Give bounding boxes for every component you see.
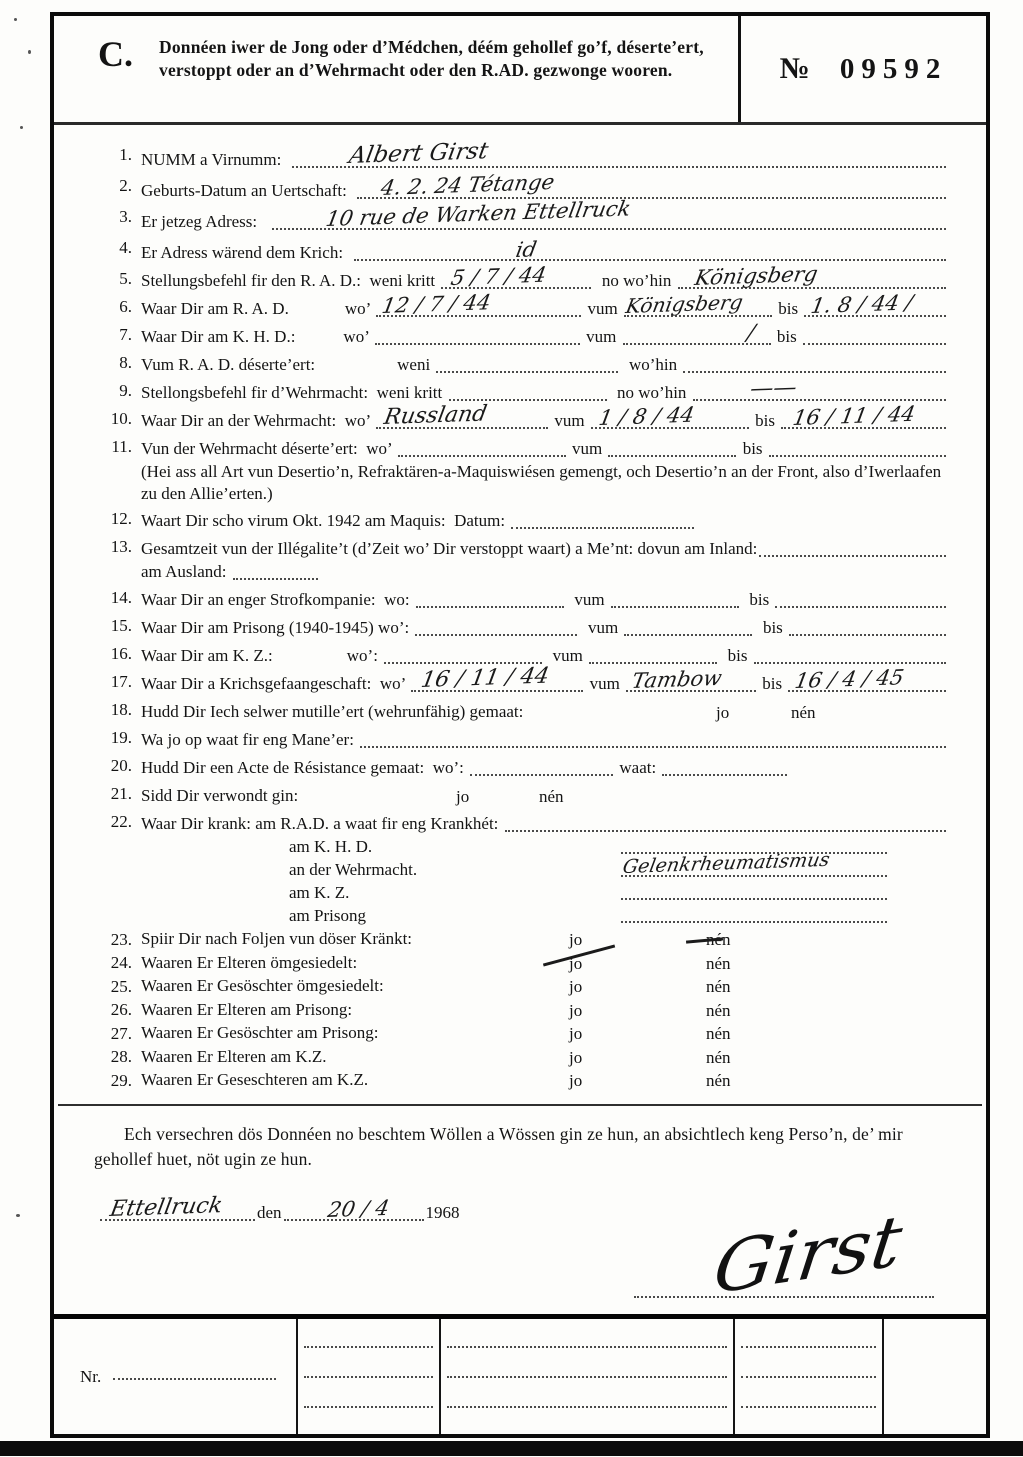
handwritten-entry: Albert Girst bbox=[347, 138, 490, 169]
printed-label: am K. H. D. bbox=[289, 836, 372, 859]
dotted-field[interactable] bbox=[416, 591, 564, 608]
form-item: 27.Waaren Er Gesöschter am Prisong:jonén bbox=[88, 1022, 948, 1046]
item-content: Stellungsbefehl fir den R. A. D.: weni k… bbox=[141, 265, 948, 293]
handwritten-date: 20 / 4 bbox=[326, 1196, 391, 1222]
nr-dotted-field[interactable] bbox=[113, 1377, 276, 1380]
item-content: Waar Dir am Prisong (1940-1945) wo’: vum… bbox=[141, 612, 948, 640]
item-content: Waar Dir am R. A. D.wo’ 12 / 7 / 44 vum … bbox=[141, 293, 948, 321]
printed-label: Sidd Dir verwondt gin: bbox=[141, 785, 298, 808]
printed-label: Vun der Wehrmacht déserte’ert: wo’ bbox=[141, 438, 396, 461]
item-note: (Hei ass all Art vun Desertio’n, Refrakt… bbox=[141, 461, 948, 505]
item-content: Waaren Er Elteren am Prisong:jonén bbox=[141, 998, 948, 1022]
dotted-field[interactable] bbox=[505, 815, 946, 832]
header-paragraph: Donnéen iwer de Jong oder d’Médchen, déé… bbox=[159, 36, 704, 122]
form-item: 15.Waar Dir am Prisong (1940-1945) wo’: … bbox=[88, 612, 948, 640]
dotted-field[interactable] bbox=[398, 440, 566, 457]
dotted-field[interactable]: —— bbox=[693, 384, 946, 401]
dotted-field[interactable]: Königsberg bbox=[624, 300, 772, 317]
dotted-field[interactable] bbox=[436, 356, 618, 373]
form-item: 7.Waar Dir am K. H. D.:wo’ vum / bis bbox=[88, 321, 948, 349]
printed-label: Stellungsbefehl fir den R. A. D.: weni k… bbox=[141, 270, 439, 293]
registry-nr-cell: Nr. bbox=[54, 1319, 298, 1434]
item-number: 12. bbox=[88, 505, 141, 533]
item-line: Waart Dir scho virum Okt. 1942 am Maquis… bbox=[141, 505, 948, 533]
printed-label: vum bbox=[585, 673, 624, 696]
printed-label: Waaren Er Gesöschter am Prisong: bbox=[141, 1022, 379, 1045]
printed-label: Er Adress wärend dem Krich: bbox=[141, 242, 352, 265]
form-item: 3.Er jetzeg Adress: 10 rue de Warken Ett… bbox=[88, 203, 948, 234]
form-item: 20.Hudd Dir een Acte de Résistance gemaa… bbox=[88, 752, 948, 780]
printed-label: bis bbox=[754, 617, 787, 640]
item-number: 22. bbox=[88, 808, 141, 928]
item-subline: an der Wehrmacht.Gelenkrheumatismus bbox=[141, 859, 948, 882]
dotted-field[interactable] bbox=[449, 384, 607, 401]
item-number: 15. bbox=[88, 612, 141, 640]
printed-label: no wo’hin bbox=[593, 270, 675, 293]
item-line: Waar Dir a Krichsgefaangeschaft: wo’ 16 … bbox=[141, 668, 948, 696]
dotted-field[interactable]: 1. 8 / 44 / bbox=[804, 300, 946, 317]
printed-label: bis bbox=[773, 326, 801, 349]
answer-jo[interactable]: jo bbox=[569, 1072, 582, 1089]
handwritten-strikethrough bbox=[686, 937, 723, 943]
item-content: Waar Dir am K. H. D.:wo’ vum / bis bbox=[141, 321, 948, 349]
form-item: 25.Waaren Er Gesöschter ömgesiedelt:joné… bbox=[88, 975, 948, 999]
item-line: Stellongsbefehl fir d’Wehrmacht: weni kr… bbox=[141, 377, 948, 405]
section-divider bbox=[58, 1104, 982, 1106]
item-content: NUMM a Virnumm: Albert Girst bbox=[141, 141, 948, 172]
dotted-field[interactable]: 5 / 7 / 44 bbox=[441, 272, 591, 289]
item-content: Stellongsbefehl fir d’Wehrmacht: weni kr… bbox=[141, 377, 948, 405]
printed-label: bis bbox=[738, 438, 766, 461]
handwritten-entry: 5 / 7 / 44 bbox=[449, 263, 548, 290]
form-item: 28.Waaren Er Elteren am K.Z.jonén bbox=[88, 1045, 948, 1069]
dotted-field[interactable] bbox=[683, 356, 946, 373]
printed-label: vum bbox=[566, 589, 609, 612]
printed-label: wo’ bbox=[345, 298, 374, 321]
item-number: 6. bbox=[88, 293, 141, 321]
item-content: Er Adress wärend dem Krich: id bbox=[141, 234, 948, 265]
dotted-field[interactable]: Tambow bbox=[626, 675, 756, 692]
printed-label: Waar Dir a Krichsgefaangeschaft: wo’ bbox=[141, 673, 409, 696]
answer-jo[interactable]: jo bbox=[456, 788, 469, 805]
item-number: 3. bbox=[88, 203, 141, 234]
answer-nen[interactable]: nén bbox=[706, 955, 731, 972]
dotted-field[interactable] bbox=[754, 647, 946, 664]
printed-label: wo’ bbox=[343, 326, 372, 349]
item-content: Waar Dir an enger Strofkompanie: wo: vum… bbox=[141, 584, 948, 612]
item-line: Wa jo op waat fir eng Mane’er: bbox=[141, 724, 948, 752]
dotted-field[interactable] bbox=[741, 1375, 876, 1378]
answer-nen[interactable]: nén bbox=[706, 1025, 731, 1042]
dotted-field[interactable] bbox=[447, 1345, 727, 1348]
printed-label: vum bbox=[579, 617, 622, 640]
item-number: 13. bbox=[88, 533, 141, 584]
printed-label: vum bbox=[568, 438, 607, 461]
item-number: 20. bbox=[88, 752, 141, 780]
item-content: Waaren Er Geseschteren am K.Z.jonén bbox=[141, 1069, 948, 1093]
item-line: Waaren Er Elteren ömgesiedelt:jonén bbox=[141, 951, 948, 975]
dotted-field[interactable] bbox=[233, 563, 318, 580]
answer-nen[interactable]: nén bbox=[706, 1072, 731, 1089]
form-item: 5.Stellungsbefehl fir den R. A. D.: weni… bbox=[88, 265, 948, 293]
item-content: Hudd Dir een Acte de Résistance gemaat: … bbox=[141, 752, 948, 780]
answer-jo[interactable]: jo bbox=[569, 931, 582, 948]
dotted-field[interactable] bbox=[589, 647, 717, 664]
item-number: 9. bbox=[88, 377, 141, 405]
item-line: Waaren Er Gesöschter ömgesiedelt:jonén bbox=[141, 975, 948, 999]
dotted-field[interactable] bbox=[759, 540, 946, 557]
item-line: Gesamtzeit vun der Illégalite’t (d’Zeit … bbox=[141, 533, 948, 561]
dotted-field[interactable] bbox=[511, 512, 694, 529]
form-item: 24.Waaren Er Elteren ömgesiedelt:jonén bbox=[88, 951, 948, 975]
dotted-field[interactable] bbox=[304, 1405, 433, 1408]
printed-label: Waart Dir scho virum Okt. 1942 am Maquis… bbox=[141, 510, 509, 533]
item-content: Geburts-Datum an Uertschaft: 4. 2. 24 Té… bbox=[141, 172, 948, 203]
answer-nen[interactable]: nén bbox=[706, 1002, 731, 1019]
dotted-field[interactable]: Albert Girst bbox=[292, 151, 946, 168]
dotted-field[interactable] bbox=[621, 883, 887, 900]
item-content: Vum R. A. D. déserte’ert:weni wo’hin bbox=[141, 349, 948, 377]
printed-label: am Prisong bbox=[289, 905, 366, 928]
item-content: Waar Dir krank: am R.A.D. a waat fir eng… bbox=[141, 808, 948, 928]
handwritten-entry: Königsberg bbox=[624, 290, 745, 318]
form-item: 22.Waar Dir krank: am R.A.D. a waat fir … bbox=[88, 808, 948, 928]
item-content: Waar Dir an der Wehrmacht: wo’ Russland … bbox=[141, 405, 948, 433]
printed-label: Waar Dir am R. A. D. bbox=[141, 298, 289, 321]
answer-jo[interactable]: jo bbox=[569, 1025, 582, 1042]
item-number: 16. bbox=[88, 640, 141, 668]
dotted-field[interactable]: Gelenkrheumatismus bbox=[621, 860, 887, 877]
printed-label: Waaren Er Elteren am K.Z. bbox=[141, 1046, 327, 1069]
dotted-field[interactable]: Russland bbox=[376, 412, 548, 429]
item-line: Hudd Dir Iech selwer mutille’ert (wehrun… bbox=[141, 696, 948, 724]
form-item: 23.Spiir Dir nach Foljen vun döser Kränk… bbox=[88, 928, 948, 952]
printed-label: Waar Dir an der Wehrmacht: wo’ bbox=[141, 410, 374, 433]
dotted-field[interactable] bbox=[803, 328, 946, 345]
signature-line[interactable] bbox=[634, 1296, 934, 1298]
item-number: 18. bbox=[88, 696, 141, 724]
item-number: 2. bbox=[88, 172, 141, 203]
dotted-field[interactable]: id bbox=[354, 244, 946, 261]
item-number: 25. bbox=[88, 975, 141, 999]
printed-label: Stellongsbefehl fir d’Wehrmacht: weni kr… bbox=[141, 382, 447, 405]
handwritten-entry: 16 / 11 / 44 bbox=[791, 402, 917, 430]
item-content: Waar Dir a Krichsgefaangeschaft: wo’ 16 … bbox=[141, 668, 948, 696]
form-serial-number: 09592 bbox=[840, 53, 948, 86]
printed-label: Vum R. A. D. déserte’ert: bbox=[141, 354, 315, 377]
item-number: 29. bbox=[88, 1069, 141, 1093]
item-number: 10. bbox=[88, 405, 141, 433]
item-line: Waar Dir krank: am R.A.D. a waat fir eng… bbox=[141, 808, 948, 836]
form-item: 10.Waar Dir an der Wehrmacht: wo’ Russla… bbox=[88, 405, 948, 433]
printed-label: Waar Dir an enger Strofkompanie: wo: bbox=[141, 589, 414, 612]
item-number: 5. bbox=[88, 265, 141, 293]
form-item: 11.Vun der Wehrmacht déserte’ert: wo’ vu… bbox=[88, 433, 948, 505]
dotted-field[interactable] bbox=[741, 1345, 876, 1348]
printed-label: bis bbox=[758, 673, 786, 696]
dotted-field[interactable] bbox=[741, 1405, 876, 1408]
answer-jo[interactable]: jo bbox=[569, 955, 582, 972]
signature: Girst bbox=[710, 1205, 906, 1304]
dotted-field[interactable] bbox=[415, 619, 577, 636]
item-line: Stellungsbefehl fir den R. A. D.: weni k… bbox=[141, 265, 948, 293]
dotted-field[interactable] bbox=[769, 440, 946, 457]
item-line: Hudd Dir een Acte de Résistance gemaat: … bbox=[141, 752, 948, 780]
form-items: 1.NUMM a Virnumm: Albert Girst2.Geburts-… bbox=[54, 125, 986, 1092]
dotted-field[interactable] bbox=[775, 591, 946, 608]
dotted-field[interactable]: 10 rue de Warken Ettellruck bbox=[272, 213, 946, 230]
item-subline: am Prisong bbox=[141, 905, 948, 928]
printed-label: weni bbox=[397, 354, 434, 377]
handwritten-entry: id bbox=[514, 237, 539, 262]
handwritten-entry: Tambow bbox=[630, 666, 724, 693]
signature-block: Girst bbox=[634, 1162, 934, 1298]
item-number: 19. bbox=[88, 724, 141, 752]
item-number: 27. bbox=[88, 1022, 141, 1046]
handwritten-entry: / bbox=[745, 321, 757, 346]
form-header: C. Donnéen iwer de Jong oder d’Médchen, … bbox=[54, 16, 986, 125]
item-line: NUMM a Virnumm: Albert Girst bbox=[141, 141, 948, 172]
dotted-field[interactable] bbox=[621, 906, 887, 923]
handwritten-entry: 16 / 4 / 45 bbox=[793, 665, 906, 693]
form-item: 1.NUMM a Virnumm: Albert Girst bbox=[88, 141, 948, 172]
form-item: 19.Wa jo op waat fir eng Mane’er: bbox=[88, 724, 948, 752]
dotted-field[interactable] bbox=[304, 1345, 433, 1348]
answer-nen[interactable]: nén bbox=[791, 704, 816, 721]
dotted-field[interactable]: 1 / 8 / 44 bbox=[591, 412, 749, 429]
form-item: 17.Waar Dir a Krichsgefaangeschaft: wo’ … bbox=[88, 668, 948, 696]
form-item: 9.Stellongsbefehl fir d’Wehrmacht: weni … bbox=[88, 377, 948, 405]
item-number: 14. bbox=[88, 584, 141, 612]
form-item: 4.Er Adress wärend dem Krich: id bbox=[88, 234, 948, 265]
dotted-field[interactable]: 4. 2. 24 Tétange bbox=[357, 182, 946, 199]
form-item: 18.Hudd Dir Iech selwer mutille’ert (weh… bbox=[88, 696, 948, 724]
answer-nen[interactable]: nén bbox=[706, 931, 731, 948]
item-line: Waar Dir am K. H. D.:wo’ vum / bis bbox=[141, 321, 948, 349]
form-item: 29.Waaren Er Geseschteren am K.Z.jonén bbox=[88, 1069, 948, 1093]
item-line: Waar Dir am Prisong (1940-1945) wo’: vum… bbox=[141, 612, 948, 640]
printed-label: bis bbox=[751, 410, 779, 433]
scan-speck bbox=[16, 1214, 20, 1217]
answer-nen[interactable]: nén bbox=[706, 978, 731, 995]
dotted-field[interactable]: 16 / 4 / 45 bbox=[788, 675, 946, 692]
printed-label: Spiir Dir nach Foljen vun döser Kränkt: bbox=[141, 928, 412, 951]
dotted-field[interactable] bbox=[611, 591, 739, 608]
dotted-field[interactable] bbox=[470, 759, 613, 776]
printed-label: no wo’hin bbox=[609, 382, 691, 405]
printed-label: wo’hin bbox=[620, 354, 681, 377]
handwritten-entry: 12 / 7 / 44 bbox=[380, 290, 493, 318]
printed-label: am Ausland: bbox=[141, 561, 231, 584]
item-number: 24. bbox=[88, 951, 141, 975]
printed-label: Waar Dir krank: am R.A.D. a waat fir eng… bbox=[141, 813, 503, 836]
dotted-field[interactable] bbox=[608, 440, 736, 457]
year-label: 1968 bbox=[426, 1202, 460, 1225]
dotted-field[interactable] bbox=[447, 1405, 727, 1408]
scan-page-edge-bar bbox=[0, 1441, 1023, 1456]
dotted-field[interactable]: / bbox=[623, 328, 771, 345]
den-label: den bbox=[257, 1202, 282, 1225]
item-content: Hudd Dir Iech selwer mutille’ert (wehrun… bbox=[141, 696, 948, 724]
item-subline: am K. Z. bbox=[141, 882, 948, 905]
printed-label: vum bbox=[550, 410, 589, 433]
form-item: 13.Gesamtzeit vun der Illégalite’t (d’Ze… bbox=[88, 533, 948, 584]
dotted-field[interactable] bbox=[384, 647, 542, 664]
dotted-field[interactable] bbox=[789, 619, 946, 636]
handwritten-entry: Russland bbox=[382, 401, 489, 430]
scan-speck bbox=[28, 50, 31, 54]
section-letter: C. bbox=[98, 36, 133, 122]
printed-label: bis bbox=[774, 298, 802, 321]
registry-column bbox=[735, 1319, 884, 1434]
handwritten-entry: —— bbox=[748, 374, 799, 402]
numero-sign: № bbox=[780, 52, 810, 86]
printed-label: Waaren Er Elteren ömgesiedelt: bbox=[141, 952, 357, 975]
printed-label: Er jetzeg Adress: bbox=[141, 211, 270, 234]
item-subline: am Ausland: bbox=[141, 561, 948, 584]
handwritten-entry: 1. 8 / 44 / bbox=[809, 290, 915, 318]
item-content: Gesamtzeit vun der Illégalite’t (d’Zeit … bbox=[141, 533, 948, 584]
header-left: C. Donnéen iwer de Jong oder d’Médchen, … bbox=[54, 16, 738, 122]
handwritten-entry: 1 / 8 / 44 bbox=[597, 403, 696, 430]
printed-label: Waar Dir am K. H. D.: bbox=[141, 326, 295, 349]
answer-jo[interactable]: jo bbox=[569, 1002, 582, 1019]
handwritten-entry: 4. 2. 24 Tétange bbox=[379, 170, 556, 200]
printed-label: Waaren Er Gesöschter ömgesiedelt: bbox=[141, 975, 384, 998]
item-number: 23. bbox=[88, 928, 141, 952]
form-item: 26.Waaren Er Elteren am Prisong:jonén bbox=[88, 998, 948, 1022]
printed-label: bis bbox=[719, 645, 752, 668]
registry-table: Nr. bbox=[54, 1314, 986, 1434]
item-line: Waaren Er Geseschteren am K.Z.jonén bbox=[141, 1069, 948, 1093]
item-line: Er Adress wärend dem Krich: id bbox=[141, 234, 948, 265]
form-item: 6.Waar Dir am R. A. D.wo’ 12 / 7 / 44 vu… bbox=[88, 293, 948, 321]
item-content: Spiir Dir nach Foljen vun döser Kränkt:j… bbox=[141, 928, 948, 952]
item-content: Waaren Er Gesöschter am Prisong:jonén bbox=[141, 1022, 948, 1046]
scan-speck bbox=[14, 18, 17, 21]
item-content: Waaren Er Elteren am K.Z.jonén bbox=[141, 1045, 948, 1069]
place-field[interactable]: Ettellruck bbox=[100, 1203, 255, 1221]
item-content: Waaren Er Gesöschter ömgesiedelt:jonén bbox=[141, 975, 948, 999]
item-content: Vun der Wehrmacht déserte’ert: wo’ vum b… bbox=[141, 433, 948, 505]
item-line: Vum R. A. D. déserte’ert:weni wo’hin bbox=[141, 349, 948, 377]
dotted-field[interactable]: 16 / 11 / 44 bbox=[411, 675, 583, 692]
handwritten-entry: 16 / 11 / 44 bbox=[419, 664, 551, 693]
dotted-field[interactable]: 16 / 11 / 44 bbox=[781, 412, 946, 429]
date-field[interactable]: 20 / 4 bbox=[284, 1203, 424, 1221]
printed-label: Waar Dir am K. Z.: bbox=[141, 645, 273, 668]
item-number: 1. bbox=[88, 141, 141, 172]
item-content: Sidd Dir verwondt gin:jonén bbox=[141, 780, 948, 808]
item-line: Er jetzeg Adress: 10 rue de Warken Ettel… bbox=[141, 203, 948, 234]
form-item: 8.Vum R. A. D. déserte’ert:weni wo’hin bbox=[88, 349, 948, 377]
printed-label: am K. Z. bbox=[289, 882, 349, 905]
registry-column bbox=[441, 1319, 735, 1434]
form-item: 21.Sidd Dir verwondt gin:jonén bbox=[88, 780, 948, 808]
item-line: Waaren Er Gesöschter am Prisong:jonén bbox=[141, 1022, 948, 1046]
dotted-field[interactable]: 12 / 7 / 44 bbox=[376, 300, 581, 317]
printed-label: Waar Dir am Prisong (1940-1945) wo’: bbox=[141, 617, 413, 640]
item-line: Vun der Wehrmacht déserte’ert: wo’ vum b… bbox=[141, 433, 948, 461]
item-number: 28. bbox=[88, 1045, 141, 1069]
item-number: 7. bbox=[88, 321, 141, 349]
item-number: 17. bbox=[88, 668, 141, 696]
handwritten-place: Ettellruck bbox=[108, 1193, 224, 1222]
answer-jo[interactable]: jo bbox=[716, 704, 729, 721]
item-content: Waart Dir scho virum Okt. 1942 am Maquis… bbox=[141, 505, 948, 533]
item-content: Wa jo op waat fir eng Mane’er: bbox=[141, 724, 948, 752]
answer-jo[interactable]: jo bbox=[569, 1049, 582, 1066]
printed-label: waat: bbox=[615, 757, 660, 780]
form-item: 12.Waart Dir scho virum Okt. 1942 am Maq… bbox=[88, 505, 948, 533]
item-line: Waar Dir am R. A. D.wo’ 12 / 7 / 44 vum … bbox=[141, 293, 948, 321]
item-line: Geburts-Datum an Uertschaft: 4. 2. 24 Té… bbox=[141, 172, 948, 203]
item-line: Waaren Er Elteren am Prisong:jonén bbox=[141, 998, 948, 1022]
dotted-field[interactable] bbox=[360, 731, 946, 748]
printed-label: vum bbox=[583, 298, 622, 321]
answer-jo[interactable]: jo bbox=[569, 978, 582, 995]
form-number-box: № 09592 bbox=[738, 16, 986, 122]
printed-label: Waaren Er Geseschteren am K.Z. bbox=[141, 1069, 368, 1092]
nr-label: Nr. bbox=[80, 1367, 101, 1387]
printed-label: Waaren Er Elteren am Prisong: bbox=[141, 999, 352, 1022]
registry-column-empty bbox=[884, 1319, 986, 1434]
printed-label: Gesamtzeit vun der Illégalite’t (d’Zeit … bbox=[141, 538, 757, 561]
item-content: Waaren Er Elteren ömgesiedelt:jonén bbox=[141, 951, 948, 975]
item-content: Er jetzeg Adress: 10 rue de Warken Ettel… bbox=[141, 203, 948, 234]
dotted-field[interactable] bbox=[624, 619, 752, 636]
item-line: Waar Dir an der Wehrmacht: wo’ Russland … bbox=[141, 405, 948, 433]
form-page-frame: C. Donnéen iwer de Jong oder d’Médchen, … bbox=[50, 12, 990, 1438]
registry-column bbox=[298, 1319, 441, 1434]
dotted-field[interactable] bbox=[304, 1375, 433, 1378]
printed-label: Wa jo op waat fir eng Mane’er: bbox=[141, 729, 358, 752]
dotted-field[interactable] bbox=[447, 1375, 727, 1378]
dotted-field[interactable] bbox=[662, 759, 787, 776]
item-line: Waar Dir an enger Strofkompanie: wo: vum… bbox=[141, 584, 948, 612]
printed-label: an der Wehrmacht. bbox=[289, 859, 417, 882]
dotted-field[interactable]: Königsberg bbox=[678, 272, 946, 289]
answer-nen[interactable]: nén bbox=[706, 1049, 731, 1066]
item-line: Sidd Dir verwondt gin:jonén bbox=[141, 780, 948, 808]
item-line: Waaren Er Elteren am K.Z.jonén bbox=[141, 1045, 948, 1069]
printed-label: wo’: bbox=[347, 645, 382, 668]
printed-label: Hudd Dir een Acte de Résistance gemaat: … bbox=[141, 757, 468, 780]
dotted-field[interactable] bbox=[375, 328, 580, 345]
printed-label: NUMM a Virnumm: bbox=[141, 149, 290, 172]
printed-label: Hudd Dir Iech selwer mutille’ert (wehrun… bbox=[141, 701, 523, 724]
item-number: 8. bbox=[88, 349, 141, 377]
item-line: Spiir Dir nach Foljen vun döser Kränkt:j… bbox=[141, 928, 948, 952]
form-item: 14.Waar Dir an enger Strofkompanie: wo: … bbox=[88, 584, 948, 612]
answer-nen[interactable]: nén bbox=[539, 788, 564, 805]
item-number: 4. bbox=[88, 234, 141, 265]
form-item: 2.Geburts-Datum an Uertschaft: 4. 2. 24 … bbox=[88, 172, 948, 203]
handwritten-entry: Königsberg bbox=[693, 262, 820, 290]
item-number: 26. bbox=[88, 998, 141, 1022]
printed-label: bis bbox=[741, 589, 774, 612]
printed-label: vum bbox=[582, 326, 621, 349]
scan-speck bbox=[20, 126, 23, 129]
printed-label: Geburts-Datum an Uertschaft: bbox=[141, 180, 355, 203]
item-number: 21. bbox=[88, 780, 141, 808]
item-number: 11. bbox=[88, 433, 141, 505]
